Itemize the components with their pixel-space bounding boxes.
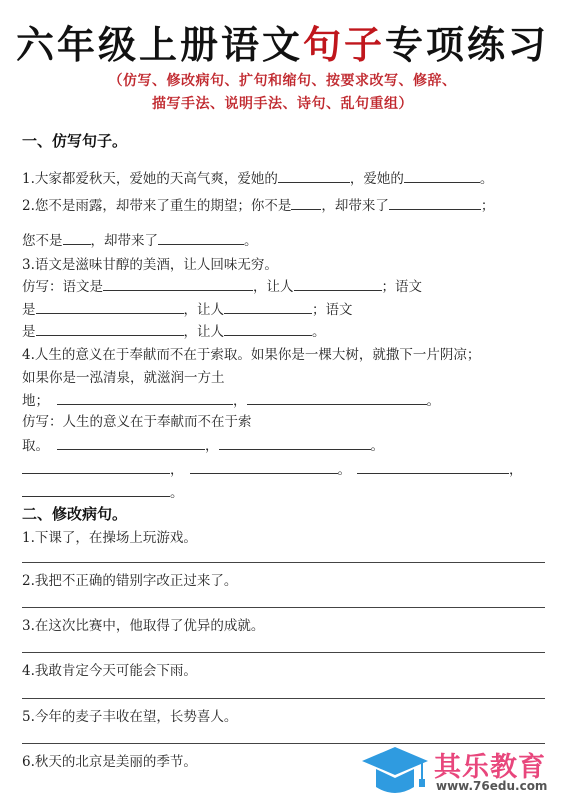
q4-l3-text: 地；: [22, 393, 49, 409]
answer-blank[interactable]: [247, 391, 427, 405]
answer-blank[interactable]: [291, 196, 321, 210]
answer-blank[interactable]: [22, 460, 170, 474]
q4-l5-text: 取。: [22, 438, 49, 454]
q3-l2-text-b: ，让人: [184, 302, 225, 318]
question-4-line-4: 仿写：人生的意义在于奉献而不在于索: [22, 410, 252, 430]
question-4: 4.人生的意义在于奉献而不在于索取。如果你是一棵大树，就撒下一片阴凉；: [22, 343, 480, 363]
question-4-line-2: 如果你是一泓清泉，就滋润一方土: [22, 366, 225, 386]
question-2-line-2: 您不是，却带来了。: [22, 229, 258, 249]
answer-blank[interactable]: [57, 391, 233, 405]
answer-blank[interactable]: [357, 460, 509, 474]
q4-l3-comma: ，: [233, 393, 247, 409]
question-3-line-2: 是，让人；语文: [22, 298, 353, 318]
answer-blank[interactable]: [22, 483, 170, 497]
page-title: 六年级上册语文句子专项练习: [0, 14, 565, 69]
answer-blank[interactable]: [158, 231, 244, 245]
q3-l2-text: 是: [22, 302, 36, 318]
correction-item-2: 2.我把不正确的错别字改正过来了。: [22, 569, 237, 589]
q1-text: 1.大家都爱秋天，爱她的天高气爽，爱她的: [22, 171, 278, 187]
watermark-logo: 其乐教育 www.76edu.com: [362, 745, 562, 797]
subtitle-line-1: （仿写、修改病句、扩句和缩句、按要求改写、修辞、: [0, 70, 565, 90]
answer-blank[interactable]: [63, 231, 91, 245]
q4-l3-end: 。: [427, 393, 441, 409]
answer-line[interactable]: [22, 607, 545, 608]
answer-blank[interactable]: [57, 436, 205, 450]
subtitle-line-2: 描写手法、说明手法、诗句、乱句重组）: [0, 93, 565, 113]
q4-l6-comma: ，: [170, 462, 184, 478]
answer-blank[interactable]: [404, 169, 480, 183]
question-4-line-5: 取。，。: [22, 434, 384, 454]
q4-l5-end: 。: [371, 438, 385, 454]
answer-blank[interactable]: [190, 460, 338, 474]
answer-blank[interactable]: [389, 196, 481, 210]
q2-line2-text-b: ，却带来了: [91, 233, 159, 249]
answer-line[interactable]: [22, 562, 545, 563]
q4-l5-comma: ，: [205, 438, 219, 454]
question-2: 2.您不是雨露，却带来了重生的期望；你不是，却带来了；: [22, 194, 494, 214]
title-text: 六年级上册语文: [16, 22, 303, 67]
correction-item-6: 6.秋天的北京是美丽的季节。: [22, 750, 197, 770]
q3-l1-text-c: ；语文: [382, 279, 423, 295]
answer-blank[interactable]: [36, 322, 184, 336]
q4-l6-end: 。: [338, 462, 352, 478]
answer-line[interactable]: [22, 652, 545, 653]
answer-blank[interactable]: [103, 277, 253, 291]
q3-l3-text: 是: [22, 324, 36, 340]
answer-blank[interactable]: [36, 300, 184, 314]
question-4-line-3: 地；，。: [22, 389, 440, 409]
q4-l7-end: 。: [170, 485, 184, 501]
question-3: 3.语文是滋味甘醇的美酒，让人回味无穷。: [22, 253, 278, 273]
correction-item-3: 3.在这次比赛中，他取得了优异的成就。: [22, 614, 264, 634]
correction-item-5: 5.今年的麦子丰收在望，长势喜人。: [22, 705, 237, 725]
q3-l3-end: 。: [312, 324, 326, 340]
question-3-line-3: 是，让人。: [22, 320, 326, 340]
answer-blank[interactable]: [294, 277, 382, 291]
question-4-line-7: 。: [22, 481, 184, 501]
section-heading-2: 二、修改病句。: [22, 503, 127, 524]
q2-line2-text: 您不是: [22, 233, 63, 249]
answer-blank[interactable]: [219, 436, 371, 450]
q3-l1-text-b: ，让人: [253, 279, 294, 295]
answer-blank[interactable]: [278, 169, 350, 183]
q3-l2-text-c: ；语文: [312, 302, 353, 318]
brand-url: www.76edu.com: [436, 779, 547, 793]
title-text-end: 专项练习: [385, 22, 549, 67]
q2-text-b: ，却带来了: [321, 198, 389, 214]
graduation-cap-icon: [362, 745, 428, 797]
q2-end: ；: [481, 198, 495, 214]
correction-item-1: 1.下课了，在操场上玩游戏。: [22, 526, 197, 546]
q3-l1-text: 仿写：语文是: [22, 279, 103, 295]
question-3-line-1: 仿写：语文是，让人；语文: [22, 275, 422, 295]
q4-l6-comma-2: ，: [509, 462, 523, 478]
title-highlight: 句子: [303, 22, 385, 67]
q2-text: 2.您不是雨露，却带来了重生的期望；你不是: [22, 198, 291, 214]
question-1: 1.大家都爱秋天，爱她的天高气爽，爱她的，爱她的。: [22, 167, 493, 187]
answer-blank[interactable]: [224, 300, 312, 314]
q1-end: 。: [480, 171, 494, 187]
answer-line[interactable]: [22, 743, 545, 744]
question-4-line-6: ，。，: [22, 458, 523, 478]
answer-line[interactable]: [22, 698, 545, 699]
section-heading-1: 一、仿写句子。: [22, 130, 127, 151]
correction-item-4: 4.我敢肯定今天可能会下雨。: [22, 659, 197, 679]
q1-text-b: ，爱她的: [350, 171, 404, 187]
answer-blank[interactable]: [224, 322, 312, 336]
q3-l3-text-b: ，让人: [184, 324, 225, 340]
q2-line2-end: 。: [244, 233, 258, 249]
